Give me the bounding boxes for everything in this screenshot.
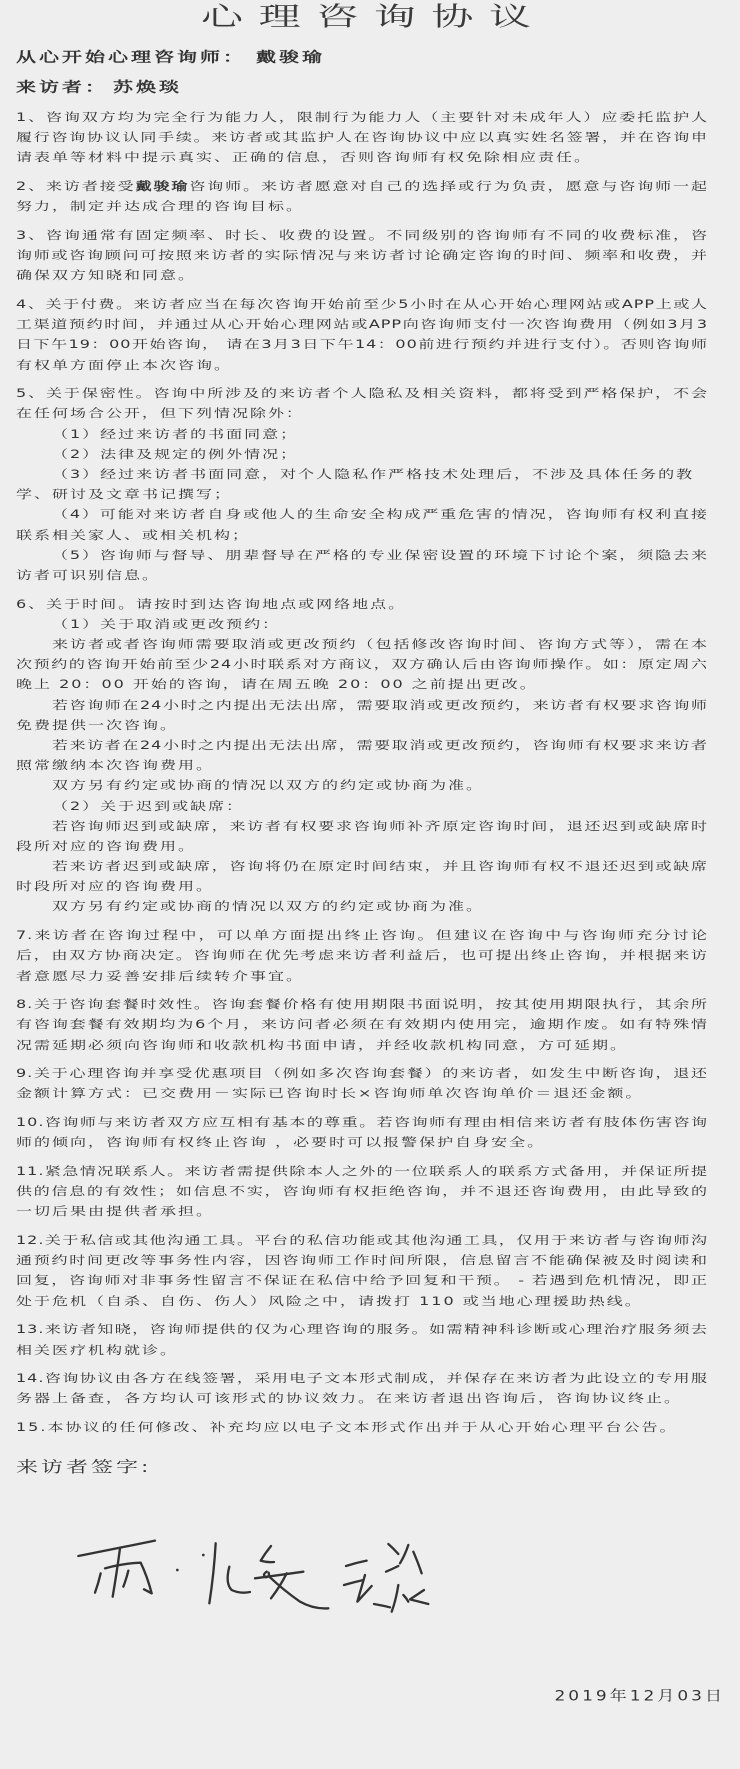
clause-line: 务器上备查，各方均认可该形式的协议效力。在来访者退出咨询后，咨询协议终止。 xyxy=(16,1391,708,1406)
sub-item-heading: （2）关于迟到或缺席： xyxy=(16,799,708,814)
client-name: 苏焕琰 xyxy=(113,78,182,95)
clause-line: 双方另有约定或协商的情况以双方的约定或协商为准。 xyxy=(16,778,708,793)
sub-item-heading: （1）关于取消或更改预约： xyxy=(16,617,708,632)
page-title: 心理咨询协议 xyxy=(201,4,547,30)
clause-line: 工渠道预约时间，并通过从心开始心理网站或APP向咨询师支付一次咨询费用（例如3月… xyxy=(16,317,708,332)
counselor-name: 戴骏瑜 xyxy=(256,48,325,65)
clause-text: 2、来访者接受 xyxy=(16,179,136,193)
handwritten-signature-image xyxy=(70,1530,440,1620)
sub-item-line: （5）咨询师与督导、朋辈督导在严格的专业保密设置的环境下讨论个案，须隐去来 xyxy=(16,548,708,563)
clause-line: 日下午19：00开始咨询， 请在3月3日下午14：00前进行预约并进行支付）。否… xyxy=(16,337,708,352)
clause-line: 7.来访者在咨询过程中，可以单方面提出终止咨询。但建议在咨询中与咨询师充分讨论 xyxy=(16,928,708,943)
clause-line: 访者可识别信息。 xyxy=(16,568,708,583)
clause-line: 13.来访者知晓，咨询师提供的仅为心理咨询的服务。如需精神科诊断或心理治疗服务须… xyxy=(16,1322,708,1337)
clause-line: 照常缴纳本次咨询费用。 xyxy=(16,758,708,773)
clause-line: 15.本协议的任何修改、补充均应以电子文本形式作出并于从心开始心理平台公告。 xyxy=(16,1420,708,1435)
clause-line: 在任何场合公开，但下列情况除外： xyxy=(16,407,708,422)
clause-line: 11.紧急情况联系人。来访者需提供除本人之外的一位联系人的联系方式备用，并保证所… xyxy=(16,1164,708,1179)
clause-line: 4、关于付费。来访者应当在每次咨询开始前至少5小时在从心开始心理网站或APP上或… xyxy=(16,297,708,312)
clause-line: 10.咨询师与来访者双方应互相有基本的尊重。若咨询师有理由相信来访者有肢体伤害咨… xyxy=(16,1115,708,1130)
clause-line: 双方另有约定或协商的情况以双方的约定或协商为准。 xyxy=(16,900,708,915)
clause-list: 1、咨询双方均为完全行为能力人，限制行为能力人（主要针对未成年人）应委托监护人 … xyxy=(16,107,708,1446)
clause-12: 12.关于私信或其他沟通工具。平台的私信功能或其他沟通工具，仅用于来访者与咨询师… xyxy=(16,1230,708,1311)
clause-line: 若来访者在24小时之内提出无法出席，需要取消或更改预约，咨询师有权要求来访者 xyxy=(16,738,708,753)
clause-line: 12.关于私信或其他沟通工具。平台的私信功能或其他沟通工具，仅用于来访者与咨询师… xyxy=(16,1233,708,1248)
clause-4: 4、关于付费。来访者应当在每次咨询开始前至少5小时在从心开始心理网站或APP上或… xyxy=(16,294,708,375)
client-label: 来访者： xyxy=(16,78,108,95)
clause-line: 2、来访者接受戴骏瑜咨询师。来访者愿意对自己的选择或行为负责，愿意与咨询师一起 xyxy=(16,179,708,194)
clause-line: 处于危机（自杀、自伤、伤人）风险之中，请拨打 110 或当地心理援助热线。 xyxy=(16,1294,708,1309)
clause-line: 联系相关家人、或相关机构； xyxy=(16,528,708,543)
counselor-line: 从心开始心理咨询师：戴骏瑜 xyxy=(16,46,325,68)
clause-10: 10.咨询师与来访者双方应互相有基本的尊重。若咨询师有理由相信来访者有肢体伤害咨… xyxy=(16,1112,708,1152)
clause-line: 1、咨询双方均为完全行为能力人，限制行为能力人（主要针对未成年人）应委托监护人 xyxy=(16,110,708,125)
clause-line: 一切后果由提供者承担。 xyxy=(16,1204,708,1219)
clause-line: 9.关于心理咨询并享受优惠项目（例如多次咨询套餐）的来访者，如发生中断咨询，退还 xyxy=(16,1066,708,1081)
clause-14: 14.咨询协议由各方在线签署，采用电子文本形式制成，并保存在来访者为此设立的专用… xyxy=(16,1368,708,1408)
clause-13: 13.来访者知晓，咨询师提供的仅为心理咨询的服务。如需精神科诊断或心理治疗服务须… xyxy=(16,1319,708,1359)
clause-text: 咨询师。来访者愿意对自己的选择或行为负责，愿意与咨询师一起 xyxy=(189,179,708,193)
clause-3: 3、咨询通常有固定频率、时长、收费的设置。不同级别的咨询师有不同的收费标准，咨 … xyxy=(16,225,708,286)
counselor-label: 从心开始心理咨询师： xyxy=(16,48,246,65)
clause-line: 晚上 20：00 开始的咨询，请在周五晚 20：00 之前提出更改。 xyxy=(16,677,708,692)
clause-line: 若咨询师迟到或缺席，来访者有权要求咨询师补齐原定咨询时间，退还迟到或缺席时 xyxy=(16,819,708,834)
clause-line: 5、关于保密性。咨询中所涉及的来访者个人隐私及相关资料，都将受到严格保护，不会 xyxy=(16,386,708,401)
clause-8: 8.关于咨询套餐时效性。咨询套餐价格有使用期限书面说明，按其使用期限执行，其余所… xyxy=(16,994,708,1055)
clause-line: 通预约时间更改等事务性内容，因咨询师工作时间所限，信息留言不能确保被及时阅读和 xyxy=(16,1253,708,1268)
clause-line: 时段所对应的咨询费用。 xyxy=(16,879,708,894)
clause-line: 免费提供一次咨询。 xyxy=(16,718,708,733)
sub-item-line: （3）经过来访者书面同意，对个人隐私作严格技术处理后，不涉及具体任务的教 xyxy=(16,467,708,482)
sub-item-line: （4）可能对来访者自身或他人的生命安全构成严重危害的情况，咨询师有权利直接 xyxy=(16,507,708,522)
clause-line: 询师或咨询顾问可按照来访者的实际情况与来访者讨论确定咨询的时间、频率和收费，并 xyxy=(16,248,708,263)
clause-line: 请表单等材料中提示真实、正确的信息，否则咨询师有权免除相应责任。 xyxy=(16,150,708,165)
sub-item-line: （1）经过来访者的书面同意； xyxy=(16,427,708,442)
clause-line: 次预约的咨询开始前至少24小时联系对方商议，双方确认后由咨询师操作。如：原定周六 xyxy=(16,657,708,672)
clause-line: 者意愿尽力妥善安排后续转介事宜。 xyxy=(16,969,708,984)
clause-line: 后，由双方协商决定。咨询师在优先考虑来访者利益后，也可提出终止咨询，并根据来访 xyxy=(16,948,708,963)
counselor-name-inline: 戴骏瑜 xyxy=(136,179,190,193)
clause-15: 15.本协议的任何修改、补充均应以电子文本形式作出并于从心开始心理平台公告。 xyxy=(16,1417,708,1437)
clause-line: 金额计算方式：已交费用－实际已咨询时长×咨询师单次咨询单价＝退还金额。 xyxy=(16,1087,708,1102)
clause-line: 段所对应的咨询费用。 xyxy=(16,839,708,854)
clause-5: 5、关于保密性。咨询中所涉及的来访者个人隐私及相关资料，都将受到严格保护，不会 … xyxy=(16,383,708,585)
clause-9: 9.关于心理咨询并享受优惠项目（例如多次咨询套餐）的来访者，如发生中断咨询，退还… xyxy=(16,1063,708,1103)
clause-line: 若咨询师在24小时之内提出无法出席，需要取消或更改预约，来访者有权要求咨询师 xyxy=(16,698,708,713)
clause-line: 相关医疗机构就诊。 xyxy=(16,1343,708,1358)
clause-line: 学、研讨及文章书记撰写； xyxy=(16,487,708,502)
clause-line: 有权单方面停止本次咨询。 xyxy=(16,358,708,373)
sub-item-line: （2）法律及规定的例外情况； xyxy=(16,447,708,462)
clause-line: 况需延期必须向咨询师和收款机构书面申请，并经收款机构同意，方可延期。 xyxy=(16,1038,708,1053)
clause-line: 师的倾向，咨询师有权终止咨询 ，必要时可以报警保护自身安全。 xyxy=(16,1135,708,1150)
clause-line: 努力，制定并达成合理的咨询目标。 xyxy=(16,199,708,214)
clause-1: 1、咨询双方均为完全行为能力人，限制行为能力人（主要针对未成年人）应委托监护人 … xyxy=(16,107,708,168)
clause-line: 确保双方知晓和同意。 xyxy=(16,268,708,283)
clause-line: 6、关于时间。请按时到达咨询地点或网络地点。 xyxy=(16,597,708,612)
signature-label: 来访者签字: xyxy=(16,1458,151,1479)
clause-line: 履行咨询协议认同手续。来访者或其监护人在咨询协议中应以真实姓名签署，并在咨询申 xyxy=(16,130,708,145)
clause-line: 3、咨询通常有固定频率、时长、收费的设置。不同级别的咨询师有不同的收费标准，咨 xyxy=(16,228,708,243)
clause-11: 11.紧急情况联系人。来访者需提供除本人之外的一位联系人的联系方式备用，并保证所… xyxy=(16,1161,708,1222)
clause-line: 供的信息的有效性；如信息不实，咨询师有权拒绝咨询，并不退还咨询费用，由此导致的 xyxy=(16,1184,708,1199)
clause-line: 8.关于咨询套餐时效性。咨询套餐价格有使用期限书面说明，按其使用期限执行，其余所 xyxy=(16,997,708,1012)
signing-date: 2019年12月03日 xyxy=(554,1686,725,1706)
clause-line: 若来访者迟到或缺席，咨询将仍在原定时间结束，并且咨询师有权不退还迟到或缺席 xyxy=(16,859,708,874)
clause-7: 7.来访者在咨询过程中，可以单方面提出终止咨询。但建议在咨询中与咨询师充分讨论 … xyxy=(16,925,708,986)
clause-line: 来访者或者咨询师需要取消或更改预约（包括修改咨询时间、咨询方式等），需在本 xyxy=(16,637,708,652)
client-line: 来访者：苏焕琰 xyxy=(16,76,182,98)
clause-line: 14.咨询协议由各方在线签署，采用电子文本形式制成，并保存在来访者为此设立的专用… xyxy=(16,1371,708,1386)
clause-2: 2、来访者接受戴骏瑜咨询师。来访者愿意对自己的选择或行为负责，愿意与咨询师一起 … xyxy=(16,176,708,216)
clause-6: 6、关于时间。请按时到达咨询地点或网络地点。 （1）关于取消或更改预约： 来访者… xyxy=(16,594,708,917)
clause-line: 回复，咨询师对非事务性留言不保证在私信中给予回复和干预。 - 若遇到危机情况，即… xyxy=(16,1274,708,1289)
clause-line: 有咨询套餐有效期均为6个月，来访问者必须在有效期内使用完，逾期作废。如有特殊情 xyxy=(16,1017,708,1032)
